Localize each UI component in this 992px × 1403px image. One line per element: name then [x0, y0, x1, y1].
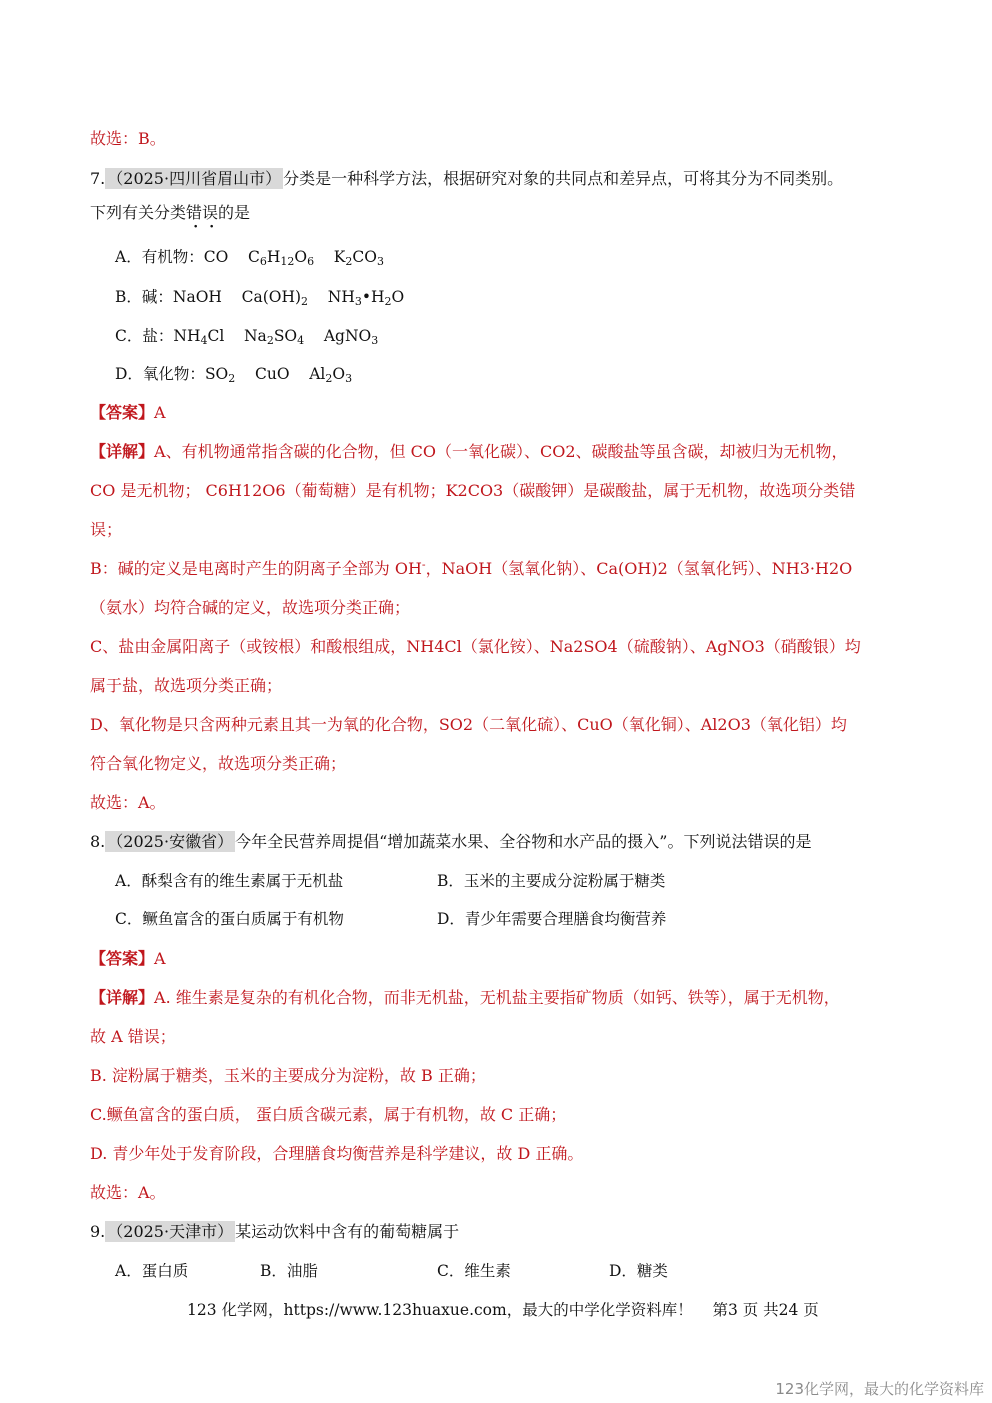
q7-detail-line: CO 是无机物； C6H12O6（葡萄糖）是有机物；K2CO3（碳酸钾）是碳酸盐… [90, 480, 855, 502]
q7-answer: 【答案】A [90, 402, 166, 424]
footer-site-text: 123 化学网，https://www.123huaxue.com，最大的中学化… [187, 1301, 693, 1319]
q9-option-a: A．蛋白质 [115, 1260, 188, 1282]
q7-stem-text3: 的是 [218, 203, 250, 222]
answer-label: 【答案】 [90, 949, 154, 968]
q8-source-tag: （2025·安徽省） [105, 831, 235, 852]
q7-detail-line: 误； [90, 519, 122, 541]
q8-detail-line: C.鳜鱼富含的蛋白质， 蛋白质含碳元素，属于有机物，故 C 正确； [90, 1104, 566, 1126]
q7-option-b: B．碱：NaOH Ca(OH)2 NH3•H2O [115, 286, 404, 308]
q8-stem: 8.（2025·安徽省）今年全民营养周提倡“增加蔬菜水果、全谷物和水产品的摄入”… [90, 831, 811, 853]
q7-detail-line: 符合氧化物定义，故选项分类正确； [90, 753, 346, 775]
document-page: 故选：B。 7.（2025·四川省眉山市）分类是一种科学方法，根据研究对象的共同… [0, 0, 992, 1403]
option-label: C．盐： [115, 327, 173, 345]
q8-option-c: C．鳜鱼富含的蛋白质属于有机物 [115, 908, 344, 930]
q7-stem-line1: 7.（2025·四川省眉山市）分类是一种科学方法，根据研究对象的共同点和差异点，… [90, 168, 843, 190]
q6-conclusion: 故选：B。 [90, 128, 166, 150]
watermark: 123化学网，最大的化学资料库 [775, 1378, 984, 1399]
q8-detail-line: 故 A 错误； [90, 1026, 176, 1048]
page-number: 第3 页 共24 页 [712, 1301, 818, 1319]
q7-number: 7. [90, 169, 105, 188]
q7-option-d: D．氧化物：SO2 CuO Al2O3 [115, 363, 352, 385]
option-label: A．有机物： [115, 248, 204, 266]
q9-source-tag: （2025·天津市） [105, 1221, 235, 1242]
detail-text: ，NaOH（氢氧化钠）、Ca(OH)2（氢氧化钙）、NH3·H2O [426, 559, 853, 578]
q8-number: 8. [90, 832, 105, 851]
detail-label: 【详解】 [90, 442, 154, 461]
q8-option-d: D．青少年需要合理膳食均衡营养 [437, 908, 666, 930]
detail-text: A. 维生素是复杂的有机化合物，而非无机盐，无机盐主要指矿物质（如钙、铁等），属… [154, 988, 840, 1007]
q7-option-c: C．盐：NH4Cl Na2SO4 AgNO3 [115, 325, 378, 347]
q8-stem-text: 今年全民营养周提倡“增加蔬菜水果、全谷物和水产品的摄入”。下列说法错误的是 [235, 832, 811, 851]
q7-detail-line: 属于盐，故选项分类正确； [90, 675, 282, 697]
q8-detail-line: D. 青少年处于发育阶段，合理膳食均衡营养是科学建议，故 D 正确。 [90, 1143, 583, 1165]
emphasis-mark: 错 [186, 203, 202, 222]
option-label: D．氧化物： [115, 365, 205, 383]
q8-detail-line: B. 淀粉属于糖类，玉米的主要成分为淀粉，故 B 正确； [90, 1065, 486, 1087]
q7-source-tag: （2025·四川省眉山市） [105, 168, 283, 189]
detail-text: B：碱的定义是电离时产生的阴离子全部为 OH [90, 559, 422, 578]
answer-value: A [154, 403, 166, 422]
q7-stem-text: 分类是一种科学方法，根据研究对象的共同点和差异点，可将其分为不同类别。 [283, 169, 843, 188]
q9-option-c: C．维生素 [437, 1260, 511, 1282]
emphasis-mark: 误 [202, 203, 218, 222]
option-label: B．碱： [115, 288, 173, 306]
q8-option-a: A．酥梨含有的维生素属于无机盐 [115, 870, 343, 892]
detail-text: A、有机物通常指含碳的化合物，但 CO（一氧化碳）、CO2、碳酸盐等虽含碳，却被… [154, 442, 848, 461]
page-footer: 123 化学网，https://www.123huaxue.com，最大的中学化… [187, 1298, 819, 1320]
q7-detail-line: C、盐由金属阳离子（或铵根）和酸根组成，NH4Cl（氯化铵）、Na2SO4（硫酸… [90, 636, 861, 658]
q8-option-b: B．玉米的主要成分淀粉属于糖类 [437, 870, 665, 892]
answer-label: 【答案】 [90, 403, 154, 422]
q8-answer: 【答案】A [90, 948, 166, 970]
q9-option-d: D．糖类 [609, 1260, 668, 1282]
answer-value: A [154, 949, 166, 968]
q7-option-a: A．有机物：CO C6H12O6 K2CO3 [115, 246, 384, 268]
q9-stem: 9.（2025·天津市）某运动饮料中含有的葡萄糖属于 [90, 1221, 459, 1243]
detail-label: 【详解】 [90, 988, 154, 1007]
q7-detail-line: B：碱的定义是电离时产生的阴离子全部为 OH-，NaOH（氢氧化钠）、Ca(OH… [90, 558, 852, 580]
q7-detail-line: 【详解】A、有机物通常指含碳的化合物，但 CO（一氧化碳）、CO2、碳酸盐等虽含… [90, 441, 848, 463]
q7-detail-line: （氨水）均符合碱的定义，故选项分类正确； [90, 597, 410, 619]
q7-detail-line: D、氧化物是只含两种元素且其一为氧的化合物，SO2（二氧化硫）、CuO（氧化铜）… [90, 714, 847, 736]
q7-conclusion: 故选：A。 [90, 792, 166, 814]
q9-option-b: B．油脂 [260, 1260, 318, 1282]
q8-detail-line: 【详解】A. 维生素是复杂的有机化合物，而非无机盐，无机盐主要指矿物质（如钙、铁… [90, 987, 840, 1009]
q7-stem-line2: 下列有关分类错误的是 [90, 202, 250, 224]
q7-stem-text2: 下列有关分类 [90, 203, 186, 222]
q8-conclusion: 故选：A。 [90, 1182, 166, 1204]
q9-stem-text: 某运动饮料中含有的葡萄糖属于 [235, 1222, 459, 1241]
q9-number: 9. [90, 1222, 105, 1241]
